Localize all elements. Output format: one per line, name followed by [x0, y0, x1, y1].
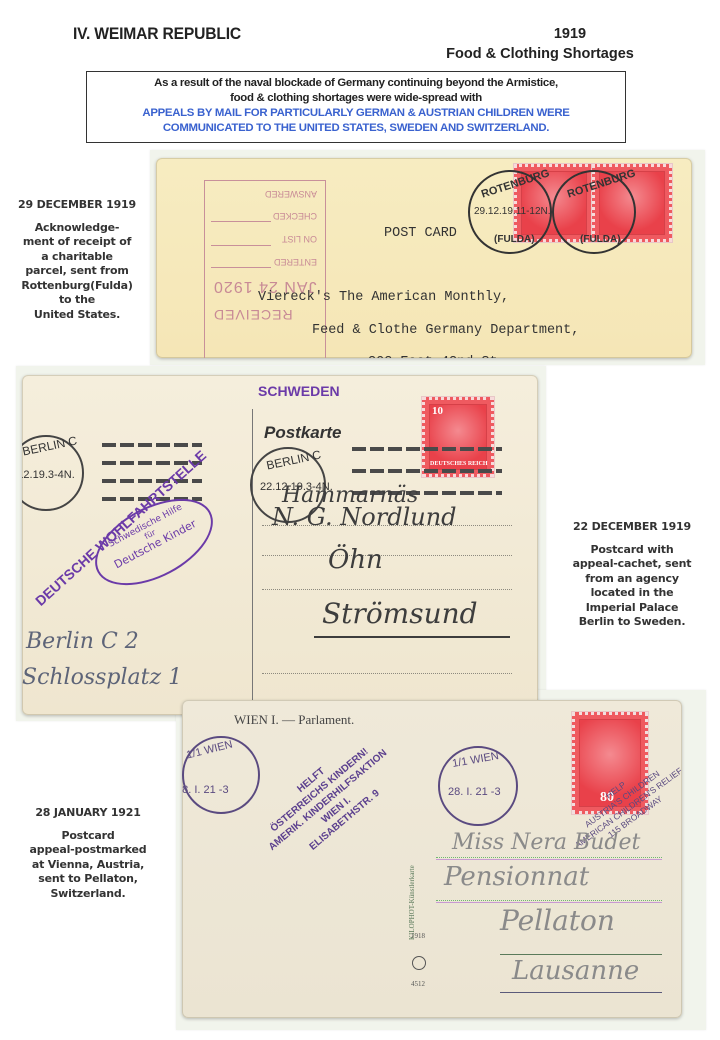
intro-line-3: APPEALS BY MAIL FOR PARTICULARLY GERMAN …: [87, 106, 625, 121]
postcard-berlin-sweden: SCHWEDEN Postkarte 10 DEUTSCHES REICH BE…: [22, 375, 538, 715]
publisher-number: 4512: [411, 980, 425, 988]
item-description: Postcard appeal-postmarked at Vienna, Au…: [8, 829, 168, 902]
item-description: Acknowledge- ment of receipt of a charit…: [2, 221, 152, 323]
item-description: Postcard with appeal-cachet, sent from a…: [552, 543, 712, 630]
address-line-4: Lausanne: [512, 956, 639, 986]
address-line-3: 202 East 42nd St.,: [368, 355, 514, 358]
received-cachet: ANSWERED CHECKED ON LIST ENTERED JAN 24 …: [204, 180, 326, 358]
address-line-3: Öhn: [328, 545, 383, 575]
item-date: 22 DECEMBER 1919: [552, 520, 712, 535]
card-heading: POST CARD: [384, 226, 457, 241]
address-line-4: Strömsund: [322, 597, 478, 630]
appeal-cachet: HELFT ÖSTERREICHS KINDERN! AMERIK. KINDE…: [242, 721, 414, 880]
page-heading: 1919 Food & Clothing Shortages: [420, 24, 660, 64]
item-date: 28 JANUARY 1921: [8, 806, 168, 821]
page-year: 1919: [420, 24, 660, 44]
publisher-year: 1918: [411, 932, 425, 940]
address-line-3: Pellaton: [500, 904, 615, 937]
intro-line-2: food & clothing shortages were wide-spre…: [87, 91, 625, 106]
item-note-3: 28 JANUARY 1921 Postcard appeal-postmark…: [8, 806, 168, 901]
postcard-rotenburg: ANSWERED CHECKED ON LIST ENTERED JAN 24 …: [156, 158, 692, 358]
sender-line-2: Schlossplatz 1: [22, 665, 182, 690]
address-line-2: Pensionnat: [444, 862, 589, 892]
item-note-1: 29 DECEMBER 1919 Acknowledge- ment of re…: [2, 198, 152, 322]
page-subtitle: Food & Clothing Shortages: [420, 44, 660, 64]
card-divider: [252, 409, 253, 709]
intro-line-4: COMMUNICATED TO THE UNITED STATES, SWEDE…: [87, 121, 625, 136]
machine-cancel-bars: [102, 443, 202, 447]
address-line-2: Feed & Clothe Germany Department,: [312, 323, 579, 338]
publisher-imprint: KILOPHOT-Künstlerkarte: [408, 865, 416, 940]
destination-mark: SCHWEDEN: [258, 383, 340, 399]
intro-line-1: As a result of the naval blockade of Ger…: [87, 76, 625, 91]
item-date: 29 DECEMBER 1919: [2, 198, 152, 213]
address-line-1: Viereck's The American Monthly,: [258, 290, 509, 305]
card-heading: Postkarte: [264, 423, 341, 443]
publisher-logo-icon: [412, 956, 426, 970]
address-line-1: Miss Nera Budet: [452, 830, 640, 855]
address-line-2: N. G. Nordlund: [272, 503, 457, 531]
intro-box: As a result of the naval blockade of Ger…: [86, 71, 626, 143]
postcard-wien-switzerland: WIEN I. — Parlament. 1/1 WIEN 28. I. 21 …: [182, 700, 682, 1018]
item-note-2: 22 DECEMBER 1919 Postcard with appeal-ca…: [552, 520, 712, 630]
card-caption: WIEN I. — Parlament.: [234, 712, 354, 728]
section-title: IV. WEIMAR REPUBLIC: [73, 24, 241, 44]
sender-line-1: Berlin C 2: [26, 629, 139, 654]
